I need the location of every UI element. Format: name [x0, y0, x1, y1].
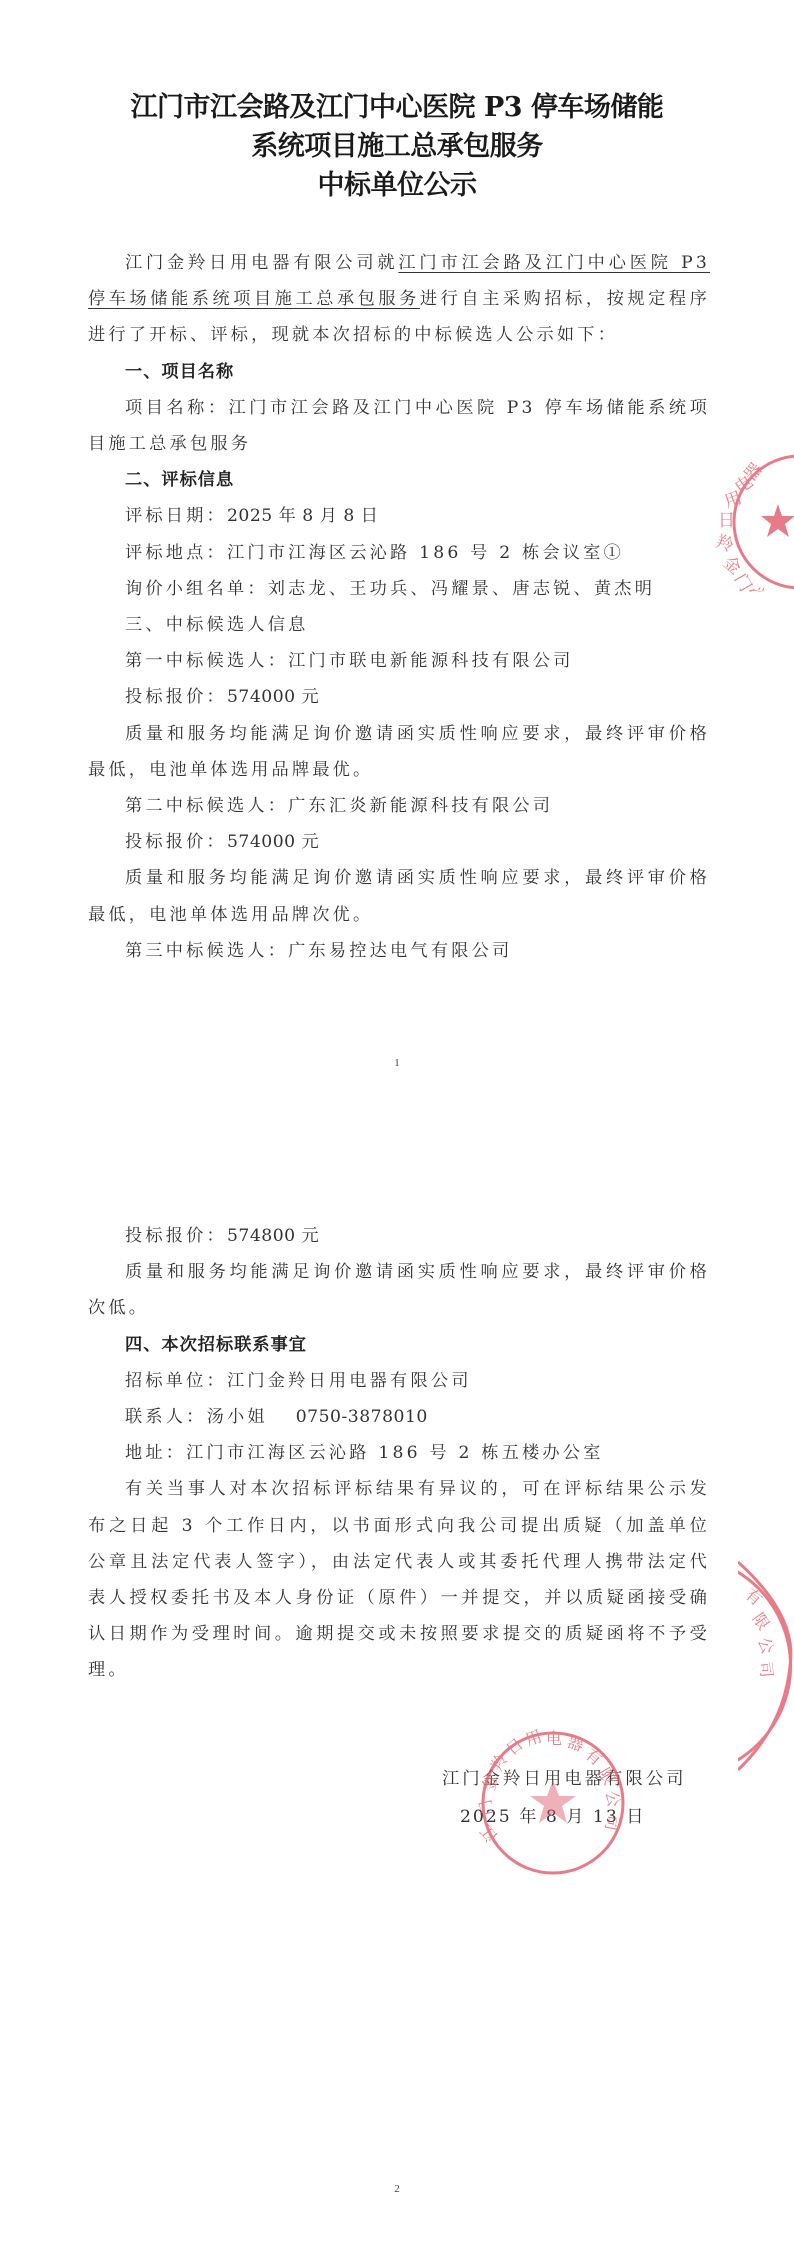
page-2-body: 投标报价：574800 元 质量和服务均能满足询价邀请函实质性响应要求，最终评审…: [88, 1218, 710, 1689]
eval-location-label: 评标地点：: [125, 543, 227, 563]
contact-phone: 0750-3878010: [296, 1407, 428, 1427]
candidate-1-price-value: 574000 元: [227, 687, 319, 707]
tenderer-value: 江门金羚日用电器有限公司: [227, 1371, 472, 1391]
svg-text:用: 用: [722, 488, 745, 513]
candidate-2-price-value: 574000 元: [227, 832, 319, 852]
intro-prefix: 江门金羚日用电器有限公司就: [125, 253, 398, 273]
candidate-2-price-label: 投标报价：: [125, 832, 227, 852]
svg-text:电: 电: [731, 472, 756, 498]
candidate-1-comment: 质量和服务均能满足询价邀请函实质性响应要求，最终评审价格最低，电池单体选用品牌最…: [88, 716, 710, 788]
section-2-heading: 二、评标信息: [88, 462, 710, 498]
title-line-3: 中标单位公示: [0, 166, 794, 205]
svg-text:金: 金: [719, 553, 745, 579]
address-label: 地址：: [125, 1443, 186, 1463]
eval-location-value: 江门市江海区云沁路 186 号 2 栋会议室①: [227, 543, 624, 563]
tenderer-label: 招标单位：: [125, 1371, 227, 1391]
eval-date-label: 评标日期：: [125, 506, 227, 526]
signature-company: 江门金羚日用电器有限公司: [442, 1764, 687, 1789]
svg-text:有: 有: [741, 1585, 765, 1610]
eval-panel: 询价小组名单：刘志龙、王功兵、冯耀景、唐志锐、黄杰明: [88, 571, 710, 607]
svg-text:日: 日: [502, 1734, 526, 1759]
page-1-body: 江门金羚日用电器有限公司就江门市江会路及江门中心医院 P3 停车场储能系统项目施…: [88, 245, 710, 969]
candidate-1-rank: 第一中标候选人：: [125, 651, 288, 671]
intro-paragraph: 江门金羚日用电器有限公司就江门市江会路及江门中心医院 P3 停车场储能系统项目施…: [88, 245, 710, 354]
svg-text:用: 用: [523, 1728, 545, 1750]
svg-text:限: 限: [749, 1609, 774, 1633]
signature-date: 2025 年 8 月 13 日: [460, 1802, 645, 1827]
candidate-1-company: 江门市联电新能源科技有限公司: [288, 651, 573, 671]
candidate-3-price-label: 投标报价：: [125, 1226, 227, 1246]
project-name-paragraph: 项目名称：江门市江会路及江门中心医院 P3 停车场储能系统项目施工总承包服务: [88, 390, 710, 462]
candidate-2-name: 第二中标候选人：广东汇炎新能源科技有限公司: [88, 788, 710, 824]
address-value: 江门市江海区云沁路 186 号 2 栋五楼办公室: [186, 1443, 603, 1463]
page-1: 江门市江会路及江门中心医院 P3 停车场储能 系统项目施工总承包服务 中标单位公…: [0, 0, 794, 1122]
contact-label: 联系人：: [125, 1407, 207, 1427]
section-3-heading: 三、中标候选人信息: [88, 607, 710, 643]
eval-date-value: 2025 年 8 月 8 日: [227, 506, 379, 526]
candidate-1-price-label: 投标报价：: [125, 687, 227, 707]
svg-text:电: 电: [546, 1729, 562, 1748]
candidate-2-rank: 第二中标候选人：: [125, 796, 288, 816]
project-name-label: 项目名称：: [125, 398, 229, 418]
eval-date: 评标日期：2025 年 8 月 8 日: [88, 498, 710, 534]
eval-panel-value: 刘志龙、王功兵、冯耀景、唐志锐、黄杰明: [268, 579, 655, 599]
candidate-1-price: 投标报价：574000 元: [88, 679, 710, 715]
svg-text:司: 司: [756, 1661, 776, 1679]
section-1-heading: 一、项目名称: [88, 354, 710, 390]
eval-location: 评标地点：江门市江海区云沁路 186 号 2 栋会议室①: [88, 535, 710, 571]
svg-text:门: 门: [730, 571, 756, 593]
candidate-3-price-value: 574800 元: [227, 1226, 319, 1246]
contact-name: 汤小姐: [207, 1407, 268, 1427]
seam-stamp-page-2: 有 限 公 司: [738, 1556, 794, 1776]
candidate-2-company: 广东汇炎新能源科技有限公司: [288, 796, 553, 816]
candidate-3-name: 第三中标候选人：广东易控达电气有限公司: [88, 933, 710, 969]
svg-text:公: 公: [754, 1635, 777, 1657]
objection-notice: 有关当事人对本次招标评标结果有异议的，可在评标结果公示发布之日起 3 个工作日内…: [88, 1471, 710, 1688]
eval-panel-label: 询价小组名单：: [125, 579, 268, 599]
svg-text:器: 器: [741, 459, 767, 485]
candidate-2-price: 投标报价：574000 元: [88, 824, 710, 860]
svg-text:羚: 羚: [713, 532, 736, 557]
page-number-2: 2: [0, 2183, 794, 2195]
candidate-3-rank: 第三中标候选人：: [125, 941, 288, 961]
section-4-heading: 四、本次招标联系事宜: [88, 1327, 710, 1363]
title-line-1: 江门市江会路及江门中心医院 P3 停车场储能: [0, 88, 794, 127]
candidate-3-comment: 质量和服务均能满足询价邀请函实质性响应要求，最终评审价格次低。: [88, 1254, 710, 1326]
candidate-3-price: 投标报价：574800 元: [88, 1218, 710, 1254]
svg-text:日: 日: [718, 511, 735, 531]
seam-stamp-page-1: 器 电 用 日 羚 金 门 江: [700, 452, 794, 592]
candidate-1-name: 第一中标候选人：江门市联电新能源科技有限公司: [88, 643, 710, 679]
candidate-3-company: 广东易控达电气有限公司: [288, 941, 512, 961]
address: 地址：江门市江海区云沁路 186 号 2 栋五楼办公室: [88, 1435, 710, 1471]
contact: 联系人：汤小姐0750-3878010: [88, 1399, 710, 1435]
document-title: 江门市江会路及江门中心医院 P3 停车场储能 系统项目施工总承包服务 中标单位公…: [0, 88, 794, 205]
svg-text:器: 器: [565, 1732, 587, 1755]
title-line-2: 系统项目施工总承包服务: [0, 127, 794, 166]
tenderer: 招标单位：江门金羚日用电器有限公司: [88, 1363, 710, 1399]
page-2: 投标报价：574800 元 质量和服务均能满足询价邀请函实质性响应要求，最终评审…: [0, 1122, 794, 2244]
candidate-2-comment: 质量和服务均能满足询价邀请函实质性响应要求，最终评审价格最低，电池单体选用品牌次…: [88, 860, 710, 932]
svg-text:江: 江: [745, 585, 768, 592]
page-number-1: 1: [0, 1057, 794, 1069]
